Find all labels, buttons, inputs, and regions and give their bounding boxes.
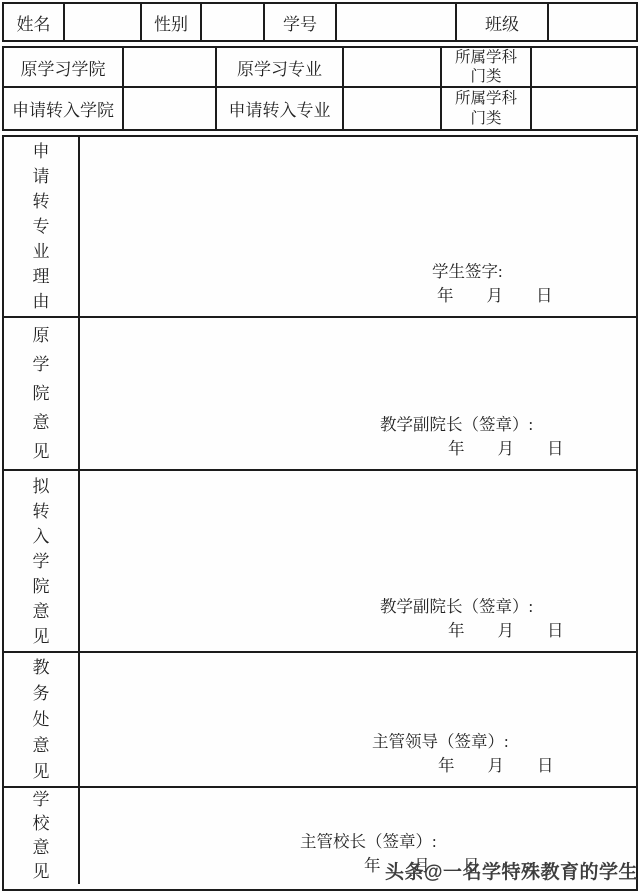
original-college-opinion-content: 教学副院长（签章）: 年 月 日 <box>80 318 636 469</box>
target-dean-signature-block: 教学副院长（签章）: 年 月 日 <box>380 595 564 643</box>
toutiao-watermark: 头条@一名学特殊教育的学生 <box>385 857 638 884</box>
orig-major-value-cell <box>344 48 442 86</box>
class-value-cell <box>549 4 636 40</box>
target-college-opinion-label: 拟转入学院意见 <box>32 474 51 649</box>
section-target-college-opinion: 拟转入学院意见 教学副院长（签章）: 年 月 日 <box>4 471 636 653</box>
academic-affairs-opinion-label-cell: 教务处意见 <box>4 653 80 786</box>
transfer-reason-content: 学生签字: 年 月 日 <box>80 137 636 316</box>
academic-affairs-opinion-label: 教务处意见 <box>32 655 51 785</box>
student-signature-block: 学生签字: 年 月 日 <box>432 260 553 308</box>
orig-major-label: 原学习专业 <box>217 48 344 86</box>
target-college-opinion-label-cell: 拟转入学院意见 <box>4 471 80 651</box>
section-transfer-reason: 申请转专业理由 学生签字: 年 月 日 <box>4 137 636 318</box>
orig-dean-signature-block: 教学副院长（签章）: 年 月 日 <box>380 413 564 461</box>
target-major-value-cell <box>344 88 442 129</box>
original-college-row: 原学习学院 原学习专业 所属学科门类 <box>4 48 636 88</box>
leader-signature-date: 年 月 日 <box>372 754 554 778</box>
original-college-opinion-label-cell: 原学院意见 <box>4 318 80 469</box>
orig-dean-signature-label: 教学副院长（签章）: <box>380 413 564 437</box>
president-signature-label: 主管校长（签章）: <box>300 830 480 854</box>
school-opinion-label-cell: 学校意见 <box>4 788 80 884</box>
orig-discipline-value-cell <box>532 48 636 86</box>
leader-signature-label: 主管领导（签章）: <box>372 730 554 754</box>
school-opinion-label: 学校意见 <box>32 788 51 884</box>
name-value-cell <box>65 4 142 40</box>
target-discipline-label: 所属学科门类 <box>442 88 532 129</box>
orig-college-label: 原学习学院 <box>4 48 124 86</box>
orig-college-value-cell <box>124 48 217 86</box>
gender-label: 性别 <box>142 4 202 40</box>
target-college-value-cell <box>124 88 217 129</box>
academic-affairs-opinion-content: 主管领导（签章）: 年 月 日 <box>80 653 636 786</box>
target-discipline-label-text: 所属学科门类 <box>453 89 519 128</box>
target-college-row: 申请转入学院 申请转入专业 所属学科门类 <box>4 88 636 129</box>
student-signature-date: 年 月 日 <box>432 284 553 308</box>
student-id-label: 学号 <box>265 4 337 40</box>
leader-signature-block: 主管领导（签章）: 年 月 日 <box>372 730 554 778</box>
orig-dean-signature-date: 年 月 日 <box>380 437 564 461</box>
class-label: 班级 <box>457 4 549 40</box>
basic-info-row: 姓名 性别 学号 班级 <box>4 4 636 40</box>
basic-info-table: 姓名 性别 学号 班级 <box>2 2 638 42</box>
college-major-table: 原学习学院 原学习专业 所属学科门类 申请转入学院 申请转入专业 所属学科门类 <box>2 46 638 131</box>
target-college-opinion-content: 教学副院长（签章）: 年 月 日 <box>80 471 636 651</box>
target-discipline-value-cell <box>532 88 636 129</box>
target-major-label: 申请转入专业 <box>217 88 344 129</box>
student-id-value-cell <box>337 4 457 40</box>
gender-value-cell <box>202 4 265 40</box>
name-label: 姓名 <box>4 4 65 40</box>
transfer-reason-label: 申请转专业理由 <box>32 139 51 314</box>
student-signature-label: 学生签字: <box>432 260 553 284</box>
target-college-label: 申请转入学院 <box>4 88 124 129</box>
section-original-college-opinion: 原学院意见 教学副院长（签章）: 年 月 日 <box>4 318 636 471</box>
section-academic-affairs-opinion: 教务处意见 主管领导（签章）: 年 月 日 <box>4 653 636 788</box>
transfer-application-form: 姓名 性别 学号 班级 原学习学院 原学习专业 所属学科门类 申请转入学院 申请… <box>0 0 640 893</box>
transfer-reason-label-cell: 申请转专业理由 <box>4 137 80 316</box>
orig-discipline-label: 所属学科门类 <box>442 48 532 86</box>
original-college-opinion-label: 原学院意见 <box>32 321 51 466</box>
target-dean-signature-date: 年 月 日 <box>380 619 564 643</box>
target-dean-signature-label: 教学副院长（签章）: <box>380 595 564 619</box>
orig-discipline-label-text: 所属学科门类 <box>453 48 519 87</box>
opinion-sections-table: 申请转专业理由 学生签字: 年 月 日 原学院意见 教学副院长（签章）: 年 月… <box>2 135 638 891</box>
